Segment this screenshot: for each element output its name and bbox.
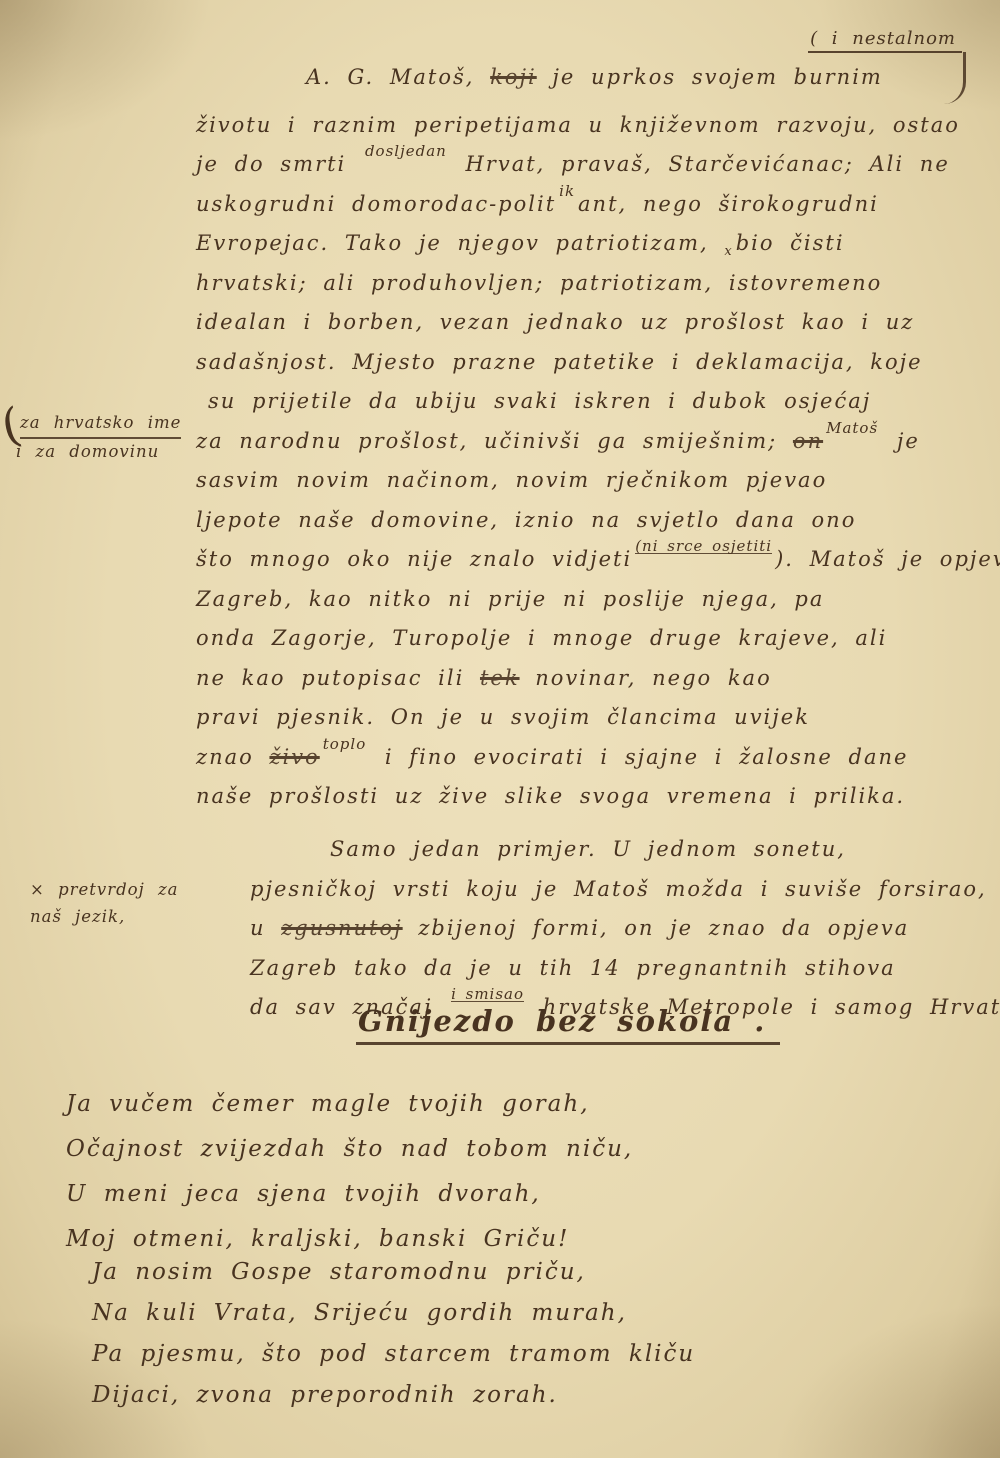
manuscript-line-16: ne kao putopisac ili tek novinar, nego k…	[196, 659, 996, 699]
inserted-phrase: i smisao	[451, 987, 524, 1002]
manuscript-line-09: su prijetile da ubiju svaki iskren i dub…	[208, 382, 996, 422]
manuscript-line-04: uskogrudni domorodac-politikant, nego ši…	[196, 185, 996, 225]
paragraph-2: Samo jedan primjer. U jednom sonetu, pje…	[250, 830, 990, 1028]
line-text: je	[881, 429, 920, 453]
margin-note-line: i za domovinu	[16, 439, 181, 465]
poem-stanza-2: Ja nosim Gospe staromodnu priču, Na kuli…	[92, 1252, 695, 1416]
line-text: Hrvat, pravaš, Starčevićanac; Ali ne	[450, 152, 950, 176]
poem-line: Na kuli Vrata, Srijeću gordih murah,	[92, 1293, 695, 1334]
paragraph-1: A. G. Matoš, koji je uprkos svojem burni…	[196, 58, 996, 817]
margin-note-line: naš jezik,	[30, 903, 179, 930]
line-text: za narodnu prošlost, učinivši ga smiješn…	[196, 429, 793, 453]
manuscript-line-19: naše prošlosti uz žive slike svoga vreme…	[196, 777, 996, 817]
manuscript-line-01: A. G. Matoš, koji je uprkos svojem burni…	[306, 58, 996, 98]
poem-line: Očajnost zvijezdah što nad tobom niču,	[66, 1127, 633, 1172]
line-text: ne kao putopisac ili	[196, 666, 480, 690]
inserted-word: dosljedan	[365, 144, 447, 158]
line-text: je uprkos svojem burnim	[537, 65, 883, 89]
inserted-word: toplo	[323, 737, 367, 751]
caret-mark: x	[724, 232, 733, 272]
poem-line: Ja nosim Gospe staromodnu priču,	[92, 1252, 695, 1293]
poem-title: Gnijezdo bez sokola .	[356, 1004, 780, 1045]
manuscript-line-03: je do smrti dosljedan Hrvat, pravaš, Sta…	[196, 145, 996, 185]
manuscript-line-13: što mnogo oko nije znalo vidjeti(ni srce…	[196, 540, 996, 580]
manuscript-line-21: pjesničkoj vrsti koju je Matoš možda i s…	[250, 870, 990, 910]
poem-line: Pa pjesmu, što pod starcem tramom kliču	[92, 1334, 695, 1375]
poem-line: Ja vučem čemer magle tvojih gorah,	[66, 1082, 633, 1127]
margin-note-pretvrdoj: × pretvrdoj za naš jezik,	[30, 876, 179, 930]
manuscript-line-22: u zgusnutoj zbijenoj formi, on je znao d…	[250, 909, 990, 949]
line-text: znao	[196, 745, 269, 769]
manuscript-line-10: za narodnu prošlost, učinivši ga smiješn…	[196, 422, 996, 462]
margin-note-line: za hrvatsko ime	[20, 410, 181, 439]
inserted-letters: ik	[559, 184, 575, 198]
poem-line: U meni jeca sjena tvojih dvorah,	[66, 1172, 633, 1217]
manuscript-page: ( i nestalnom A. G. Matoš, koji je uprko…	[0, 0, 1000, 1458]
manuscript-line-15: onda Zagorje, Turopolje i mnoge druge kr…	[196, 619, 996, 659]
manuscript-line-18: znao životoplo i fino evocirati i sjajne…	[196, 738, 996, 778]
poem-stanza-1: Ja vučem čemer magle tvojih gorah, Očajn…	[66, 1082, 633, 1262]
inserted-word: Matoš	[826, 421, 878, 435]
line-text: zbijenoj formi, on je znao da opjeva	[403, 916, 910, 940]
line-text: novinar, nego kao	[520, 666, 772, 690]
strikethrough-word: on	[793, 429, 823, 453]
line-text: ant, nego širokogrudni	[578, 192, 879, 216]
manuscript-line-08: sadašnjost. Mjesto prazne patetike i dek…	[196, 343, 996, 383]
line-text: uskogrudni domorodac-polit	[196, 192, 556, 216]
poem-line: Dijaci, zvona preporodnih zorah.	[92, 1375, 695, 1416]
line-text: A. G. Matoš,	[306, 65, 490, 89]
manuscript-line-17: pravi pjesnik. On je u svojim člancima u…	[196, 698, 996, 738]
line-text: u	[250, 916, 281, 940]
manuscript-line-05: Evropejac. Tako je njegov patriotizam, x…	[196, 224, 996, 264]
margin-note-za-hrvatsko-ime: ( za hrvatsko ime i za domovinu	[6, 410, 181, 465]
line-text: što mnogo oko nije znalo vidjeti	[196, 547, 632, 571]
strikethrough-word: koji	[490, 65, 537, 89]
line-text: je do smrti	[196, 152, 362, 176]
manuscript-line-02: životu i raznim peripetijama u književno…	[196, 106, 996, 146]
manuscript-line-11: sasvim novim načinom, novim rječnikom pj…	[196, 461, 996, 501]
manuscript-line-14: Zagreb, kao nitko ni prije ni poslije nj…	[196, 580, 996, 620]
manuscript-line-06: hrvatski; ali produhovljen; patriotizam,…	[196, 264, 996, 304]
line-text: Evropejac. Tako je njegov patriotizam,	[196, 231, 724, 255]
manuscript-line-20: Samo jedan primjer. U jednom sonetu,	[330, 830, 990, 870]
strikethrough-word: tek	[480, 666, 520, 690]
manuscript-line-12: ljepote naše domovine, iznio na svjetlo …	[196, 501, 996, 541]
strikethrough-word: zgusnutoj	[281, 916, 402, 940]
line-text: i fino evocirati i sjajne i žalosne dane	[369, 745, 908, 769]
line-text: bio čisti	[736, 231, 845, 255]
strikethrough-word: živo	[269, 745, 319, 769]
insertion-i-nestalnom: ( i nestalnom	[808, 28, 962, 53]
line-text: ). Matoš je opjevao	[775, 547, 1000, 571]
margin-note-line: × pretvrdoj za	[30, 876, 179, 903]
manuscript-line-23: Zagreb tako da je u tih 14 pregnantnih s…	[250, 949, 990, 989]
manuscript-line-07: idealan i borben, vezan jednako uz prošl…	[196, 303, 996, 343]
inserted-phrase: (ni srce osjetiti	[635, 539, 772, 554]
